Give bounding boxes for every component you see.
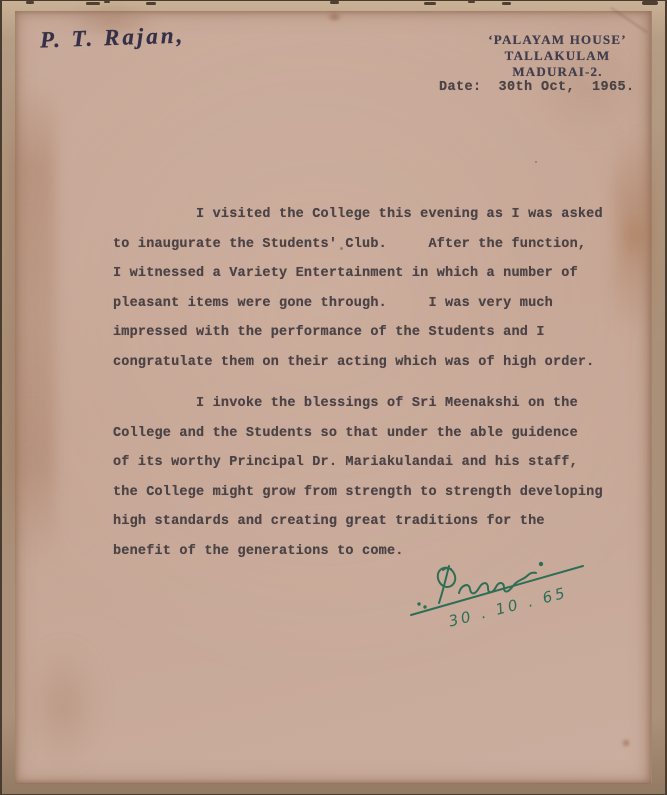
date-line: Date: 30th Oct, 1965. [439, 80, 635, 95]
edge-speck [104, 1, 110, 3]
edge-speck [502, 2, 511, 5]
paragraph-2: I invoke the blessings of Sri Meenakshi … [113, 389, 621, 566]
sender-name: P. T. Rajan, [40, 22, 186, 53]
letter-body: I visited the College this evening as I … [113, 200, 621, 578]
stain-right-blotch [617, 207, 653, 265]
edge-speck [86, 2, 100, 5]
edge-speck [146, 2, 156, 5]
stain-bottom-spot [621, 738, 631, 748]
paragraph-1: I visited the College this evening as I … [113, 200, 621, 377]
letterhead-locality: TALLAKULAM [445, 48, 667, 64]
edge-speck [26, 1, 34, 4]
corner-crease [610, 7, 648, 33]
letterhead-city: MADURAI-2. [445, 64, 667, 80]
signature-dot [417, 602, 420, 605]
letterhead: ‘PALAYAM HOUSE’ TALLAKULAM MADURAI-2. [445, 32, 667, 80]
stain-top-spot [327, 12, 342, 22]
letter-paper: P. T. Rajan, ‘PALAYAM HOUSE’ TALLAKULAM … [15, 11, 652, 784]
edge-speck [468, 1, 475, 3]
signature-handwritten: Rajan. 30 . 10 . 65 [403, 545, 608, 627]
signature-period [539, 562, 543, 566]
edge-speck [424, 2, 436, 5]
stain-right-edge [615, 131, 655, 331]
stain-left-edge [9, 81, 55, 561]
stain-bottom-left [23, 641, 103, 771]
edge-speck [642, 1, 658, 5]
scanned-letter: P. T. Rajan, ‘PALAYAM HOUSE’ TALLAKULAM … [0, 0, 667, 795]
signature-dot [423, 605, 426, 608]
edge-speck [330, 1, 339, 4]
ink-speck [535, 161, 537, 163]
letterhead-house-name: ‘PALAYAM HOUSE’ [445, 32, 667, 48]
